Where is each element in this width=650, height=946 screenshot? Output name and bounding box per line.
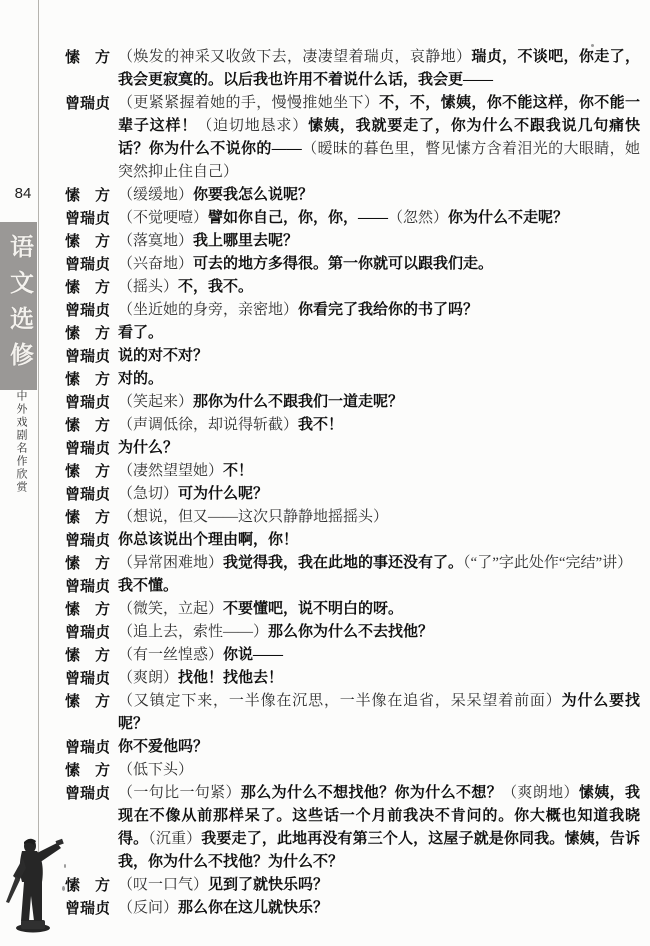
- speaker-name: 曾瑞贞: [65, 253, 118, 276]
- dialogue-entry: 愫 方 （又镇定下来，一半像在沉思，一半像在追省，呆呆望着前面）为什么要找呢？: [65, 690, 640, 736]
- speaker-name: 曾瑞贞: [65, 391, 118, 414]
- speaker-name: 愫 方: [65, 874, 118, 897]
- speaker-name: 愫 方: [65, 759, 118, 782]
- speaker-name: 愫 方: [65, 322, 118, 345]
- book-page: 84 语文选修 中外戏剧名作欣赏 愫 方 （焕发的神采又收敛下去，凄凄望着瑞贞，…: [0, 0, 650, 946]
- dialogue-entry: 愫 方 （想说，但又——这次只静静地摇摇头）: [65, 506, 640, 529]
- series-title-vertical: 语文选修: [7, 234, 31, 378]
- dialogue-entry: 愫 方 （有一丝惶惑）你说——: [65, 644, 640, 667]
- stage-direction: （摇头）: [118, 279, 178, 295]
- speaker-name: 曾瑞贞: [65, 782, 118, 874]
- speech-segment: 你总该说出个理由啊，你！: [118, 532, 298, 548]
- dialogue-entry: 曾瑞贞 （追上去，索性——）那么你为什么不去找他？: [65, 621, 640, 644]
- speaker-name: 愫 方: [65, 506, 118, 529]
- dialogue-text: 说的对不对？: [118, 345, 640, 368]
- print-speck: [62, 886, 65, 891]
- speaker-name: 曾瑞贞: [65, 529, 118, 552]
- dialogue-text: （不觉哽噎）譬如你自己，你，你，——（忽然）你为什么不走呢？: [118, 207, 640, 230]
- dialogue-text: （急切）可为什么呢？: [118, 483, 640, 506]
- dialogue-text: （爽朗）找他！找他去！: [118, 667, 640, 690]
- dialogue-text: （更紧紧握着她的手，慢慢推她坐下）不，不，愫姨，你不能这样，你不能一辈子这样！（…: [118, 92, 640, 184]
- dialogue-entry: 曾瑞贞 为什么？: [65, 437, 640, 460]
- stage-direction: （想说，但又——这次只静静地摇摇头）: [118, 509, 388, 525]
- dialogue-text: （微笑，立起）不要懂吧，说不明白的呀。: [118, 598, 640, 621]
- stage-direction: （又镇定下来，一半像在沉思，一半像在追省，呆呆望着前面）: [118, 693, 562, 709]
- stage-direction: （兴奋地）: [118, 256, 193, 272]
- speech-segment: 不，我不。: [178, 279, 253, 295]
- dialogue-entry: 曾瑞贞 你总该说出个理由啊，你！: [65, 529, 640, 552]
- dialogue-entry: 愫 方 （叹一口气）见到了就快乐吗？: [65, 874, 640, 897]
- speaker-name: 愫 方: [65, 460, 118, 483]
- dialogue-text: （叹一口气）见到了就快乐吗？: [118, 874, 640, 897]
- dialogue-text: 对的。: [118, 368, 640, 391]
- speech-segment: 看了。: [118, 325, 163, 341]
- dialogue-text: （落寞地）我上哪里去呢？: [118, 230, 640, 253]
- dialogue-text: （有一丝惶惑）你说——: [118, 644, 640, 667]
- stage-direction: （爽朗）: [118, 670, 178, 686]
- speaker-name: 愫 方: [65, 644, 118, 667]
- speaker-name: 曾瑞贞: [65, 575, 118, 598]
- speech-segment: 说的对不对？: [118, 348, 208, 364]
- stage-direction: （坐近她的身旁，亲密地）: [118, 302, 298, 318]
- dialogue-entry: 愫 方 （异常困难地）我觉得我，我在此地的事还没有了。（“了”字此处作“完结”讲…: [65, 552, 640, 575]
- speech-segment: 你说——: [223, 647, 283, 663]
- speech-segment: 譬如你自己，你，你，——: [208, 210, 388, 226]
- speaker-name: 愫 方: [65, 184, 118, 207]
- speech-segment: 那么你在这儿就快乐？: [178, 900, 328, 916]
- dialogue-text: 你总该说出个理由啊，你！: [118, 529, 640, 552]
- stage-direction: （笑起来）: [118, 394, 193, 410]
- speech-segment: 不！: [223, 463, 253, 479]
- dialogue-text: （兴奋地）可去的地方多得很。第一你就可以跟我们走。: [118, 253, 640, 276]
- dialogue-text: （反问）那么你在这儿就快乐？: [118, 897, 640, 920]
- dialogue-text: 看了。: [118, 322, 640, 345]
- speaker-name: 愫 方: [65, 230, 118, 253]
- dialogue-text: （追上去，索性——）那么你为什么不去找他？: [118, 621, 640, 644]
- dialogue-text: （凄然望望她）不！: [118, 460, 640, 483]
- dialogue-text: （一句比一句紧）那么为什么不想找他？你为什么不想？（爽朗地）愫姨，我现在不像从前…: [118, 782, 640, 874]
- speaker-name: 曾瑞贞: [65, 483, 118, 506]
- dialogue-entry: 曾瑞贞 （反问）那么你在这儿就快乐？: [65, 897, 640, 920]
- dialogue-text: （又镇定下来，一半像在沉思，一半像在追省，呆呆望着前面）为什么要找呢？: [118, 690, 640, 736]
- speech-segment: 你要我怎么说呢？: [193, 187, 313, 203]
- stage-direction: （急切）: [118, 486, 178, 502]
- stage-direction: （一句比一句紧）: [118, 785, 241, 801]
- print-speck: [591, 44, 594, 47]
- dialogue-entry: 曾瑞贞 说的对不对？: [65, 345, 640, 368]
- speaker-name: 曾瑞贞: [65, 667, 118, 690]
- statue-figure-icon: [4, 836, 66, 936]
- speaker-name: 愫 方: [65, 276, 118, 299]
- dialogue-entry: 愫 方 （摇头）不，我不。: [65, 276, 640, 299]
- speech-segment: 可去的地方多得很。第一你就可以跟我们走。: [193, 256, 493, 272]
- speech-segment: 你看完了我给你的书了吗？: [298, 302, 478, 318]
- stage-direction: （异常困难地）: [118, 555, 223, 571]
- stage-direction: （微笑，立起）: [118, 601, 223, 617]
- dialogue-text: （想说，但又——这次只静静地摇摇头）: [118, 506, 640, 529]
- dialogue-entry: 曾瑞贞 （不觉哽噎）譬如你自己，你，你，——（忽然）你为什么不走呢？: [65, 207, 640, 230]
- speaker-name: 曾瑞贞: [65, 299, 118, 322]
- subseries-title-vertical: 中外戏剧名作欣赏: [15, 390, 26, 494]
- dialogue-area: 愫 方 （焕发的神采又收敛下去，凄凄望着瑞贞，哀静地）瑞贞，不谈吧，你走了，我会…: [65, 46, 640, 920]
- speaker-name: 愫 方: [65, 368, 118, 391]
- stage-direction: （有一丝惶惑）: [118, 647, 223, 663]
- speech-segment: 为什么？: [118, 440, 178, 456]
- series-banner: 语文选修: [0, 222, 37, 390]
- stage-direction: （落寞地）: [118, 233, 193, 249]
- stage-direction: （爽朗地）: [502, 785, 579, 801]
- speaker-name: 曾瑞贞: [65, 345, 118, 368]
- statue-illustration: [4, 836, 66, 941]
- dialogue-text: 为什么？: [118, 437, 640, 460]
- dialogue-entry: 曾瑞贞 （坐近她的身旁，亲密地）你看完了我给你的书了吗？: [65, 299, 640, 322]
- stage-direction: （更紧紧握着她的手，慢慢推她坐下）: [118, 95, 379, 111]
- speech-segment: 对的。: [118, 371, 163, 387]
- dialogue-entry: 愫 方 （缓缓地）你要我怎么说呢？: [65, 184, 640, 207]
- dialogue-entry: 曾瑞贞 （更紧紧握着她的手，慢慢推她坐下）不，不，愫姨，你不能这样，你不能一辈子…: [65, 92, 640, 184]
- speech-segment: 那么你为什么不去找他？: [268, 624, 433, 640]
- stage-direction: （沉重）: [148, 831, 201, 847]
- speaker-name: 曾瑞贞: [65, 437, 118, 460]
- dialogue-text: （声调低徐，却说得斩截）我不！: [118, 414, 640, 437]
- dialogue-entry: 曾瑞贞 我不懂。: [65, 575, 640, 598]
- stage-direction: （忽然）: [388, 210, 448, 226]
- stage-direction: （叹一口气）: [118, 877, 208, 893]
- dialogue-text: （坐近她的身旁，亲密地）你看完了我给你的书了吗？: [118, 299, 640, 322]
- dialogue-entry: 愫 方 （低下头）: [65, 759, 640, 782]
- speaker-name: 愫 方: [65, 552, 118, 575]
- dialogue-entry: 愫 方 （焕发的神采又收敛下去，凄凄望着瑞贞，哀静地）瑞贞，不谈吧，你走了，我会…: [65, 46, 640, 92]
- speaker-name: 曾瑞贞: [65, 897, 118, 920]
- speaker-name: 曾瑞贞: [65, 736, 118, 759]
- dialogue-entry: 愫 方 （微笑，立起）不要懂吧，说不明白的呀。: [65, 598, 640, 621]
- speech-segment: 我觉得我，我在此地的事还没有了。: [223, 555, 463, 571]
- speech-segment: 见到了就快乐吗？: [208, 877, 328, 893]
- speaker-name: 愫 方: [65, 690, 118, 736]
- page-number: 84: [10, 185, 36, 202]
- speaker-name: 曾瑞贞: [65, 621, 118, 644]
- dialogue-text: 你不爱他吗？: [118, 736, 640, 759]
- speaker-name: 愫 方: [65, 598, 118, 621]
- stage-direction: （缓缓地）: [118, 187, 193, 203]
- dialogue-entry: 愫 方 对的。: [65, 368, 640, 391]
- speech-segment: 我上哪里去呢？: [193, 233, 298, 249]
- dialogue-text: （低下头）: [118, 759, 640, 782]
- print-speck: [64, 864, 66, 868]
- dialogue-text: 我不懂。: [118, 575, 640, 598]
- speaker-name: 曾瑞贞: [65, 207, 118, 230]
- dialogue-text: （异常困难地）我觉得我，我在此地的事还没有了。（“了”字此处作“完结”讲）: [118, 552, 640, 575]
- dialogue-entry: 愫 方 （凄然望望她）不！: [65, 460, 640, 483]
- stage-direction: （反问）: [118, 900, 178, 916]
- speech-segment: 我不懂。: [118, 578, 178, 594]
- dialogue-entry: 曾瑞贞 （兴奋地）可去的地方多得很。第一你就可以跟我们走。: [65, 253, 640, 276]
- dialogue-text: （笑起来）那你为什么不跟我们一道走呢？: [118, 391, 640, 414]
- speaker-name: 愫 方: [65, 46, 118, 92]
- stage-direction: （声调低徐，却说得斩截）: [118, 417, 298, 433]
- dialogue-entry: 曾瑞贞 （笑起来）那你为什么不跟我们一道走呢？: [65, 391, 640, 414]
- dialogue-entry: 愫 方 看了。: [65, 322, 640, 345]
- dialogue-entry: 曾瑞贞 （爽朗）找他！找他去！: [65, 667, 640, 690]
- speech-segment: 那么为什么不想找他？你为什么不想？: [241, 785, 502, 801]
- stage-direction: （低下头）: [118, 762, 193, 778]
- dialogue-text: （缓缓地）你要我怎么说呢？: [118, 184, 640, 207]
- speech-segment: 你不爱他吗？: [118, 739, 208, 755]
- speech-segment: 你为什么不走呢？: [448, 210, 568, 226]
- column-divider-line: [38, 0, 39, 932]
- speech-segment: 可为什么呢？: [178, 486, 268, 502]
- dialogue-entry: 愫 方 （落寞地）我上哪里去呢？: [65, 230, 640, 253]
- stage-direction: （迫切地恳求）: [197, 118, 308, 134]
- dialogue-entry: 曾瑞贞 （急切）可为什么呢？: [65, 483, 640, 506]
- stage-direction: （凄然望望她）: [118, 463, 223, 479]
- stage-direction: （“了”字此处作“完结”讲）: [463, 555, 632, 571]
- speaker-name: 曾瑞贞: [65, 92, 118, 184]
- dialogue-entry: 愫 方 （声调低徐，却说得斩截）我不！: [65, 414, 640, 437]
- stage-direction: （追上去，索性——）: [118, 624, 268, 640]
- stage-direction: （焕发的神采又收敛下去，凄凄望着瑞贞，哀静地）: [118, 49, 471, 65]
- stage-direction: （不觉哽噎）: [118, 210, 208, 226]
- speech-segment: 不要懂吧，说不明白的呀。: [223, 601, 403, 617]
- speech-segment: 我不！: [298, 417, 343, 433]
- speech-segment: 那你为什么不跟我们一道走呢？: [193, 394, 403, 410]
- dialogue-entry: 曾瑞贞 你不爱他吗？: [65, 736, 640, 759]
- speech-segment: 找他！找他去！: [178, 670, 283, 686]
- dialogue-text: （焕发的神采又收敛下去，凄凄望着瑞贞，哀静地）瑞贞，不谈吧，你走了，我会更寂寞的…: [118, 46, 640, 92]
- dialogue-entry: 曾瑞贞 （一句比一句紧）那么为什么不想找他？你为什么不想？（爽朗地）愫姨，我现在…: [65, 782, 640, 874]
- dialogue-text: （摇头）不，我不。: [118, 276, 640, 299]
- speaker-name: 愫 方: [65, 414, 118, 437]
